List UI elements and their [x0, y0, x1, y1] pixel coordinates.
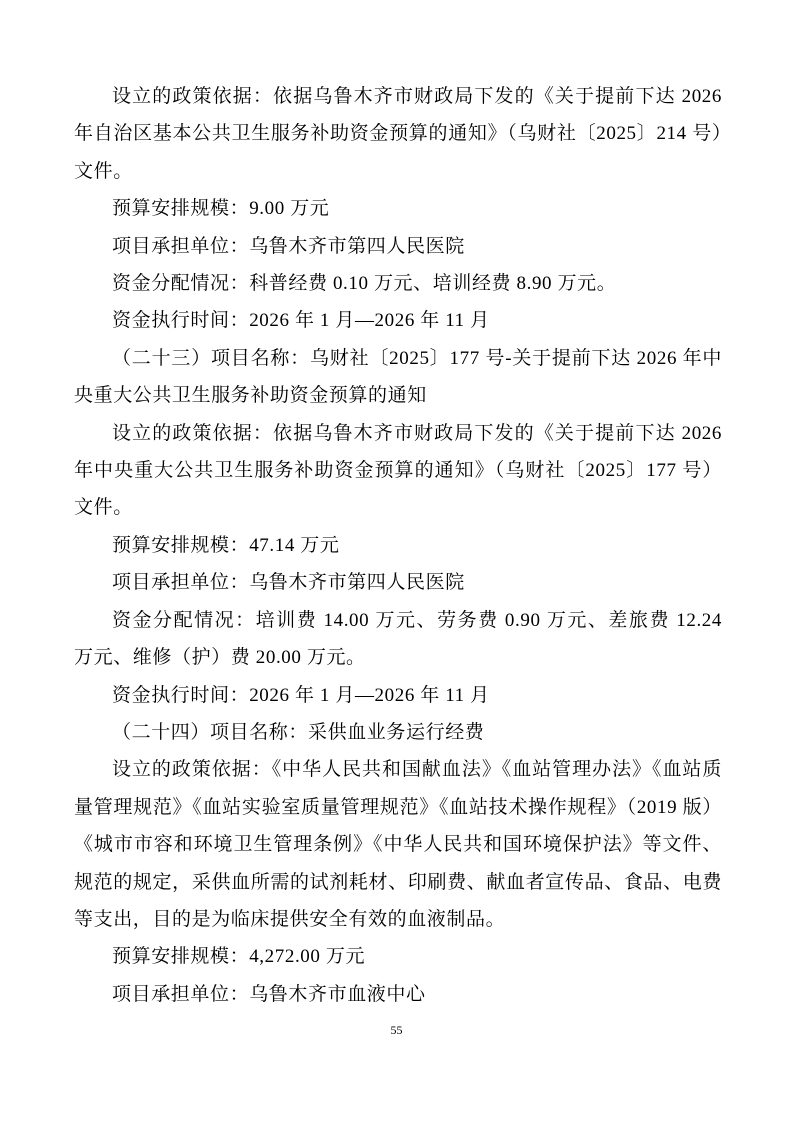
paragraph-budget-scale: 预算安排规模：47.14 万元 [74, 527, 722, 564]
document-page: 设立的政策依据：依据乌鲁木齐市财政局下发的《关于提前下达 2026 年自治区基本… [0, 0, 793, 1122]
paragraph-undertaking-unit: 项目承担单位：乌鲁木齐市第四人民医院 [74, 564, 722, 601]
paragraph-project-23-name: （二十三）项目名称：乌财社〔2025〕177 号-关于提前下达 2026 年中央… [74, 340, 722, 415]
paragraph-fund-allocation: 资金分配情况：培训费 14.00 万元、劳务费 0.90 万元、差旅费 12.2… [74, 602, 722, 677]
paragraph-undertaking-unit: 项目承担单位：乌鲁木齐市第四人民医院 [74, 228, 722, 265]
paragraph-execution-period: 资金执行时间：2026 年 1 月—2026 年 11 月 [74, 302, 722, 339]
paragraph-project-24-name: （二十四）项目名称：采供血业务运行经费 [74, 714, 722, 751]
paragraph-fund-allocation: 资金分配情况：科普经费 0.10 万元、培训经费 8.90 万元。 [74, 265, 722, 302]
paragraph-policy-basis: 设立的政策依据：《中华人民共和国献血法》《血站管理办法》《血站质量管理规范》《血… [74, 751, 722, 938]
page-number: 55 [0, 1022, 793, 1038]
paragraph-undertaking-unit: 项目承担单位：乌鲁木齐市血液中心 [74, 976, 722, 1013]
paragraph-budget-scale: 预算安排规模：9.00 万元 [74, 190, 722, 227]
paragraph-execution-period: 资金执行时间：2026 年 1 月—2026 年 11 月 [74, 677, 722, 714]
paragraph-budget-scale: 预算安排规模：4,272.00 万元 [74, 938, 722, 975]
paragraph-policy-basis: 设立的政策依据：依据乌鲁木齐市财政局下发的《关于提前下达 2026 年自治区基本… [74, 78, 722, 190]
paragraph-policy-basis: 设立的政策依据：依据乌鲁木齐市财政局下发的《关于提前下达 2026 年中央重大公… [74, 415, 722, 527]
page-content: 设立的政策依据：依据乌鲁木齐市财政局下发的《关于提前下达 2026 年自治区基本… [74, 78, 722, 1013]
